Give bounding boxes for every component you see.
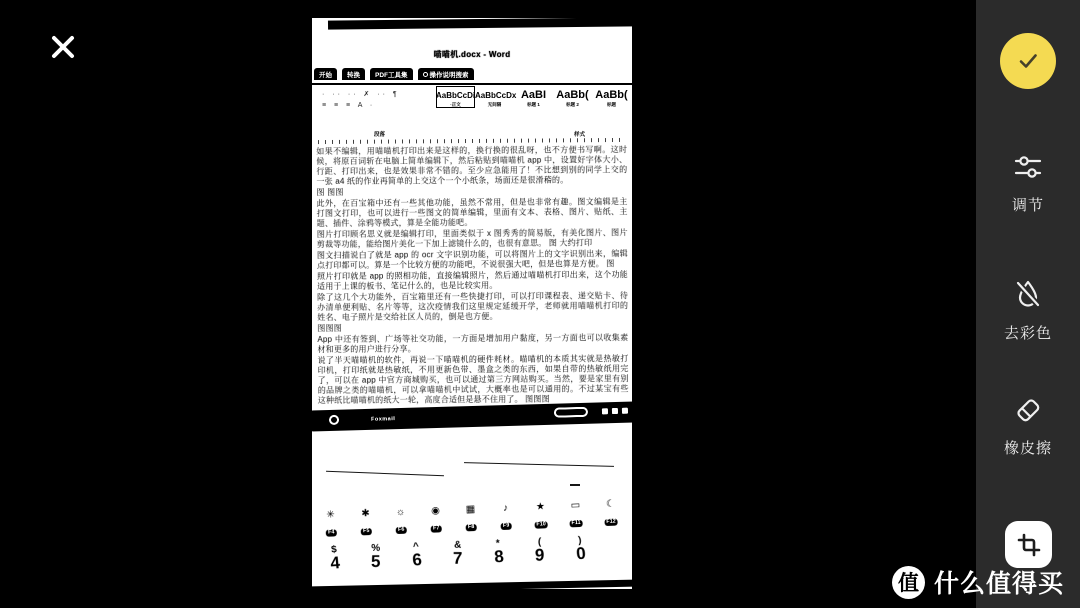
key-7: &7 — [444, 541, 472, 567]
smzdm-logo-icon: 值 — [892, 566, 925, 599]
style-normal: AaBbCcDi ·正文 — [436, 86, 475, 108]
paragraph: App 中还有签到、广场等社交功能，一方面是增加用户黏度，另一方面也可以收集素材… — [317, 333, 628, 355]
paragraph: 此外，在百宝箱中还有一些其他功能，虽然不常用，但是也非常有趣。图文编辑是主打图文… — [317, 197, 628, 229]
sliders-icon — [1012, 152, 1044, 182]
word-ribbon: · ·· ·· ✗ ·· ¶ ≡ ≡ ≡ A · AaBbCcDi ·正文 Aa… — [312, 86, 632, 130]
document-ruler — [318, 138, 626, 144]
decolor-tool-button[interactable]: 去彩色 — [976, 278, 1080, 343]
droplet-off-icon — [1012, 278, 1044, 310]
taskbar-app-label: Foxmail — [371, 416, 395, 423]
key-f4: ✳F4 — [315, 509, 347, 539]
paragraph: 如果不编辑，用喵喵机打印出来是这样的，换行换的很乱呀，也不方便书写啊。这时候，将… — [316, 145, 627, 187]
key-5: %5 — [362, 544, 390, 570]
smzdm-watermark: 值 什么值得买 — [892, 564, 1064, 600]
key-f10: ★F10 — [525, 501, 557, 531]
style-gallery: AaBbCcDi ·正文 AaBbCcDx 无间隔 AaBI 标题 1 AaBb… — [436, 86, 632, 108]
word-tab-convert: 转换 — [342, 68, 365, 80]
key-4: $4 — [320, 544, 350, 572]
key-f11: ▭F11 — [560, 500, 592, 530]
scanned-document-canvas[interactable]: 喵喵机.docx - Word 开始 转换 PDF工具集 操作说明搜索 · ··… — [312, 18, 632, 589]
word-tab-pdf-tools: PDF工具集 — [370, 68, 413, 80]
style-heading-2: AaBb( 标题 2 — [553, 86, 592, 108]
word-tab-tell-me: 操作说明搜索 — [418, 68, 474, 80]
key-8: *8 — [484, 538, 514, 566]
key-6: ^6 — [402, 541, 432, 569]
tool-sidebar: 调节 去彩色 橡皮擦 — [976, 0, 1080, 608]
eraser-tool-button[interactable]: 橡皮擦 — [976, 393, 1080, 458]
scan-scratch-line — [570, 484, 580, 486]
key-f5: ✱F5 — [350, 508, 382, 538]
windows-taskbar-strip: Foxmail — [312, 401, 632, 431]
confirm-button[interactable] — [1000, 33, 1056, 89]
paragraph: 说了半天喵喵机的软件，再说一下喵喵机的硬件耗材。喵喵机的本质其实就是热敏打印机，… — [317, 354, 628, 405]
eraser-icon — [1012, 393, 1044, 425]
smzdm-watermark-text: 什么值得买 — [934, 564, 1064, 600]
paragraph: 图图图 — [317, 322, 628, 334]
scan-scratch-line — [464, 462, 614, 467]
style-heading-1: AaBI 标题 1 — [514, 86, 553, 108]
scan-top-edge — [328, 18, 632, 30]
key-f7: ◉F7 — [420, 505, 452, 535]
document-body-text: 如果不编辑，用喵喵机打印出来是这样的，换行换的很乱呀，也不方便书写啊。这时候，将… — [316, 145, 629, 405]
scan-bottom-edge — [312, 580, 632, 589]
paragraph-group-label: 段落 — [374, 130, 385, 138]
close-icon — [47, 31, 79, 63]
crop-icon — [1016, 532, 1042, 558]
paragraph: 图文扫描说白了就是 app 的 ocr 文字识别功能，可以将图片上的文字识别出来… — [317, 249, 628, 271]
key-f12: ☾F12 — [595, 498, 627, 528]
scan-scratch-line — [326, 471, 444, 477]
paragraph: 照片打印就是 app 的照相功能，直接编辑照片，然后通过喵喵机打印出来，这个功能… — [317, 270, 628, 292]
adjust-tool-label: 调节 — [976, 194, 1080, 215]
taskbar-tray-pill — [554, 407, 588, 418]
key-0: )0 — [565, 535, 595, 563]
style-title: AaBb( 标题 — [592, 86, 631, 108]
scan-editor-screen: 喵喵机.docx - Word 开始 转换 PDF工具集 操作说明搜索 · ··… — [0, 0, 1080, 608]
key-f9: ♪F9 — [490, 502, 522, 532]
taskbar-app-icon — [329, 415, 339, 425]
eraser-tool-label: 橡皮擦 — [976, 437, 1080, 458]
taskbar-tray-icons — [602, 408, 628, 415]
decolor-tool-label: 去彩色 — [976, 322, 1080, 343]
word-window-title: 喵喵机.docx - Word — [312, 49, 632, 60]
styles-group-label: 样式 — [574, 130, 585, 138]
crop-tool-button[interactable] — [1005, 521, 1052, 568]
ribbon-divider — [312, 83, 632, 85]
adjust-tool-button[interactable]: 调节 — [976, 152, 1080, 215]
fkeys-row: ✳F4 ✱F5 ☼F6 ◉F7 ▦F8 ♪F9 ★F10 ▭F11 ☾F12 — [313, 498, 632, 539]
close-button[interactable] — [47, 31, 79, 63]
paragraph: 图 图图 — [316, 186, 627, 198]
key-f6: ☼F6 — [385, 506, 417, 536]
key-9: (9 — [526, 538, 554, 564]
keyboard-photo: ✳F4 ✱F5 ☼F6 ◉F7 ▦F8 ♪F9 ★F10 ▭F11 ☾F12 $… — [313, 498, 632, 572]
word-ribbon-tabs: 开始 转换 PDF工具集 操作说明搜索 — [314, 68, 474, 80]
paragraph-group-icons: · ·· ·· ✗ ·· ¶ ≡ ≡ ≡ A · — [322, 89, 434, 111]
check-icon — [1013, 46, 1043, 76]
paragraph: 除了这几个大功能外，百宝箱里还有一些快捷打印，可以打印课程表、递交贴卡、待办清单… — [317, 291, 628, 323]
paragraph: 图片打印顾名思义就是编辑打印，里面类似于 x 图秀秀的简易版，有美化图片、图片剪… — [317, 228, 628, 250]
style-subtitle: AaBb 副标题 — [631, 86, 632, 108]
search-icon — [423, 72, 428, 77]
style-no-spacing: AaBbCcDx 无间隔 — [475, 86, 514, 108]
number-keys-row: $4 %5 ^6 &7 *8 (9 )0 — [314, 534, 632, 572]
key-f8: ▦F8 — [455, 504, 487, 534]
word-tab-home: 开始 — [314, 68, 337, 80]
